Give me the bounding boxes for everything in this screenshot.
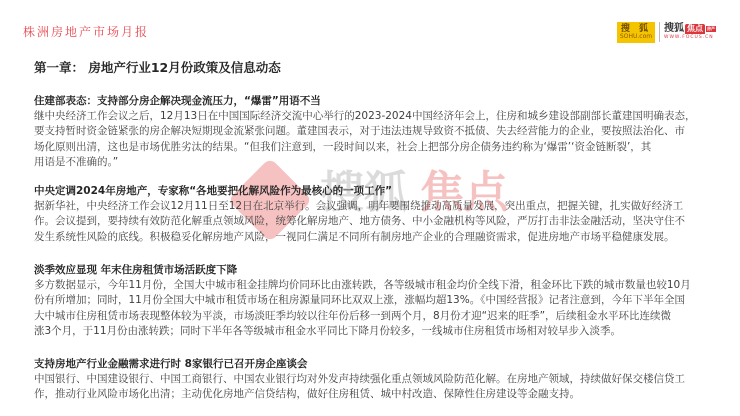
article-heading: 住建部表态：支持部分房企解决现金流压力，“爆雷”用语不当 bbox=[34, 93, 724, 109]
focus-logo-tag: 房产 bbox=[706, 26, 716, 32]
article-line: 多方数据显示，今年11月份，全国大中城市租金挂牌均价同环比由涨转跌，各等级城市租… bbox=[34, 278, 724, 293]
article-body: 多方数据显示，今年11月份，全国大中城市租金挂牌均价同环比由涨转跌，各等级城市租… bbox=[34, 278, 724, 340]
sohu-logo-domain: SOHU.com bbox=[620, 34, 652, 40]
sohu-logo: 搜 狐 SOHU.com bbox=[617, 22, 655, 43]
article-body: 据新华社，中央经济工作会议12月11日至12日在北京举行。会议强调，明年要围绕推… bbox=[34, 199, 724, 245]
article-line: 场化原则出清，这也是市场优胜劣汰的结果。“但我们注意到，一段时间以来，社会上把部… bbox=[34, 140, 724, 155]
article-housing-ministry: 住建部表态：支持部分房企解决现金流压力，“爆雷”用语不当 继中央经济工作会议之后… bbox=[34, 93, 724, 171]
article-line: 中国银行、中国建设银行、中国工商银行、中国农业银行均对外发声持续强化重点领域风险… bbox=[34, 372, 724, 387]
article-line: 大中城市住房租赁市场表现整体较为平淡，市场淡旺季均较以往年份后移一到两个月，8月… bbox=[34, 309, 724, 324]
article-line: 发生系统性风险的底线。积极稳妥化解房地产风险，一视同仁满足不同所有制房地产企业的… bbox=[34, 230, 724, 245]
article-line: 要支持暂时资金链紧张的房企解决短期现金流紧张问题。董建国表示，对于违法违规导致资… bbox=[34, 124, 724, 139]
article-line: 涨3个月，于11月份由涨转跌；同时下半年各等级城市租金水平同比下降月份较多，一线… bbox=[34, 324, 724, 339]
logo-group: 搜 狐 SOHU.com 搜狐 焦点 房产 WWW.FOCUS.CN bbox=[617, 21, 716, 43]
article-line: 用语是不准确的。” bbox=[34, 155, 724, 170]
article-body: 继中央经济工作会议之后，12月13日在中国国际经济交流中心举行的2023-202… bbox=[34, 109, 724, 171]
focus-logo: 搜狐 焦点 房产 WWW.FOCUS.CN bbox=[664, 24, 716, 41]
article-heading: 中央定调2024年房地产，专家称“各地要把化解风险作为最核心的一项工作” bbox=[34, 183, 724, 199]
logo-divider bbox=[659, 22, 660, 42]
article-heading: 淡季效应显现 年末住房租赁市场活跃度下降 bbox=[34, 262, 724, 278]
report-title: 株洲房地产市场月报 bbox=[23, 23, 149, 40]
article-line: 作。会议提到，要持续有效防范化解重点领域风险，统筹化解房地产、地方债务、中小金融… bbox=[34, 214, 724, 229]
article-heading: 支持房地产行业金融需求进行时 8家银行已召开房企座谈会 bbox=[34, 356, 724, 372]
article-line: 据新华社，中央经济工作会议12月11日至12日在北京举行。会议强调，明年要围绕推… bbox=[34, 199, 724, 214]
article-line: 作，推动行业风险市场化出清；主动优化房地产信贷结构，做好住房租赁、城中村改造、保… bbox=[34, 387, 724, 402]
chapter-title: 第一章： 房地产行业12月份政策及信息动态 bbox=[34, 58, 281, 76]
article-rental-market: 淡季效应显现 年末住房租赁市场活跃度下降 多方数据显示，今年11月份，全国大中城… bbox=[34, 262, 724, 340]
focus-logo-name: 搜狐 bbox=[664, 24, 684, 34]
article-line: 份有所增加；同时，11月份全国大中城市租赁市场在租房源量同环比双双上涨，涨幅均超… bbox=[34, 293, 724, 308]
article-body: 中国银行、中国建设银行、中国工商银行、中国农业银行均对外发声持续强化重点领域风险… bbox=[34, 372, 724, 403]
article-central-economic-conference: 中央定调2024年房地产，专家称“各地要把化解风险作为最核心的一项工作” 据新华… bbox=[34, 183, 724, 245]
article-bank-financing: 支持房地产行业金融需求进行时 8家银行已召开房企座谈会 中国银行、中国建设银行、… bbox=[34, 356, 724, 403]
focus-logo-url: WWW.FOCUS.CN bbox=[664, 36, 716, 41]
house-icon: 焦点 bbox=[685, 24, 705, 34]
article-line: 继中央经济工作会议之后，12月13日在中国国际经济交流中心举行的2023-202… bbox=[34, 109, 724, 124]
